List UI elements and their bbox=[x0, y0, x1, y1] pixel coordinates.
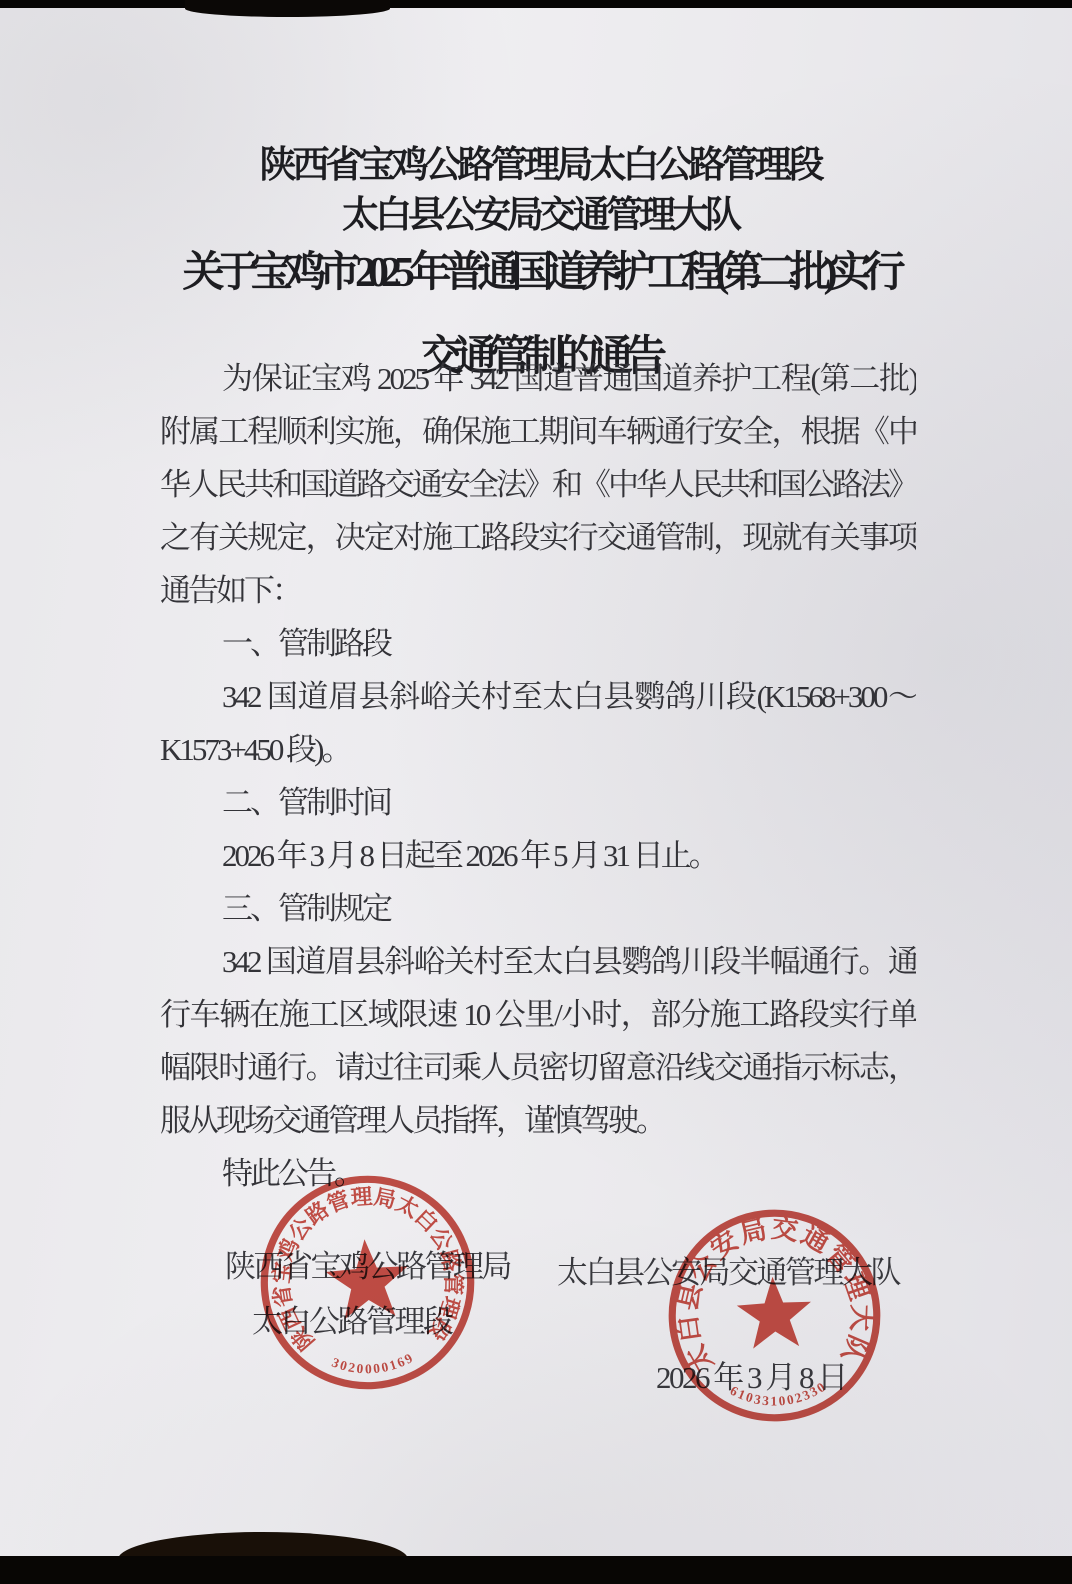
official-seal-right: 太白县公安局交通管理大队 610331002330 bbox=[656, 1197, 892, 1433]
body-section-heading: 三、管制规定 bbox=[160, 882, 916, 935]
official-seal-left: 陕西省宝鸡公路管理局太白公路管理段 3020000169 bbox=[246, 1161, 488, 1403]
seal-star-icon bbox=[323, 1236, 411, 1320]
document-body: 为保证宝鸡 2025 年 342 国道普通国道养护工程(第二批) 附属工程顺利实… bbox=[160, 352, 916, 1200]
body-line: 华人民共和国道路交通安全法》和《中华人民共和国公路法》 bbox=[160, 458, 916, 511]
body-line: 之有关规定，决定对施工路段实行交通管制，现就有关事项 bbox=[160, 511, 916, 564]
body-line: 2026 年 3 月 8 日起至 2026 年 5 月 31 日止。 bbox=[160, 829, 916, 882]
svg-text:3020000169: 3020000169 bbox=[329, 1349, 418, 1379]
body-line: 342 国道眉县斜峪关村至太白县鹦鸽川段(K1568+300～ bbox=[160, 670, 916, 723]
body-section-heading: 二、管制时间 bbox=[160, 776, 916, 829]
title-line-org2: 太白县公安局交通管理大队 bbox=[158, 196, 922, 237]
body-line: K1573+450 段)。 bbox=[160, 723, 916, 776]
photo-edge-shadow-top bbox=[185, 0, 390, 17]
photo-edge-bar-bottom bbox=[0, 1556, 1072, 1584]
title-line-subject: 关于宝鸡市 2025 年普通国道养护工程(第二批)实行 bbox=[158, 250, 922, 296]
body-line: 342 国道眉县斜峪关村至太白县鹦鸽川段半幅通行。通 bbox=[160, 935, 916, 988]
body-line: 幅限时通行。请过往司乘人员密切留意沿线交通指示标志， bbox=[160, 1041, 916, 1094]
seal-code-text: 3020000169 bbox=[329, 1349, 418, 1379]
body-line: 为保证宝鸡 2025 年 342 国道普通国道养护工程(第二批) bbox=[160, 352, 916, 405]
title-line-org1: 陕西省宝鸡公路管理局太白公路管理段 bbox=[158, 146, 922, 187]
seal-star-icon bbox=[735, 1275, 813, 1350]
body-line: 服从现场交通管理人员指挥，谨慎驾驶。 bbox=[160, 1094, 916, 1147]
photographed-document-page: 陕西省宝鸡公路管理局太白公路管理段 太白县公安局交通管理大队 关于宝鸡市 202… bbox=[0, 0, 1072, 1584]
body-line: 行车辆在施工区域限速 10 公里/小时，部分施工路段实行单 bbox=[160, 988, 916, 1041]
body-line: 通告如下： bbox=[160, 564, 916, 617]
body-section-heading: 一、管制路段 bbox=[160, 617, 916, 670]
body-line: 附属工程顺利实施，确保施工期间车辆通行安全，根据《中 bbox=[160, 405, 916, 458]
